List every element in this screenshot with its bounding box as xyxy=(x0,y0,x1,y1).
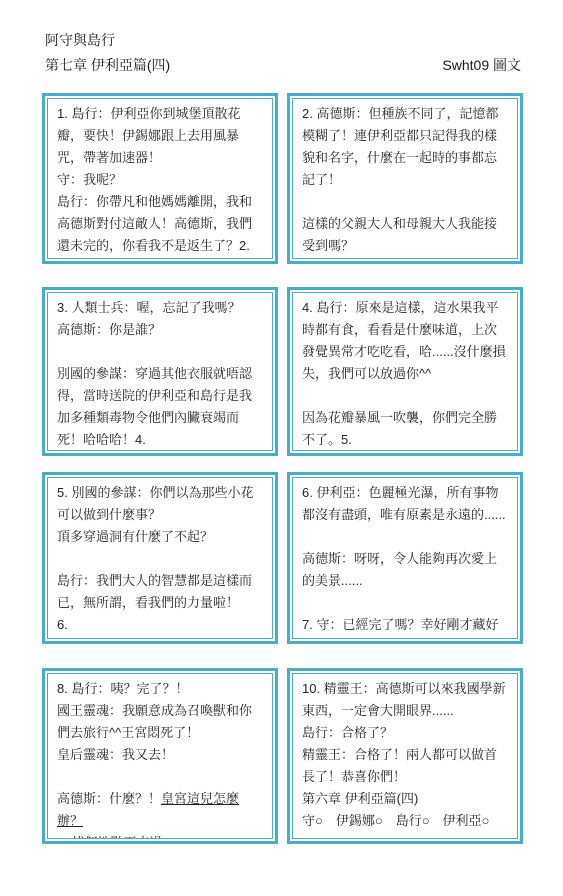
text-box-5: 5. 別國的參謀：你們以為那些小花可以做到什麼事？頂多穿過洞有什麼了不起？島行：… xyxy=(42,472,278,644)
dialogue-line: 3. 其實沒有什麼好煩惱^^ xyxy=(302,257,508,259)
dialogue-line: 10. 精靈王：高德斯可以來我國學新東西，一定會大開眼界...... xyxy=(302,678,508,722)
dialogue-line: 別國的參謀：穿過其他衣服就唔認得，當時送院的伊利亞和島行是我加多種類毒物令他們內… xyxy=(57,363,263,451)
text-box-8: 10. 精靈王：高德斯可以來我國學新東西，一定會大開眼界......島行：合格了… xyxy=(287,668,523,844)
text-box-3: 3. 人類士兵：喔，忘記了我嗎？高德斯：你是誰？別國的參謀：穿過其他衣服就唔認得… xyxy=(42,287,278,456)
dialogue-line: 6. 伊利亞：色麗極光瀑，所有事物都沒有盡頭，唯有原素是永遠的...... xyxy=(302,482,508,526)
dialogue-line xyxy=(57,548,263,570)
dialogue-line: 7. 守：已經完了嗎？幸好剛才藏好 8. xyxy=(302,614,508,639)
text-box-4: 4. 島行：原來是這樣，這水果我平時都有食，看看是什麼味道，上次發覺異常才吃吃看… xyxy=(287,287,523,456)
text-box-1-content: 1. 島行：伊利亞你到城堡頂散花瓣，要快！伊錫娜跟上去用風暴咒，帶著加速器！守：… xyxy=(47,98,273,259)
document-title: 阿守與島行 xyxy=(45,31,115,49)
dialogue-line: 島行：我們大人的智慧都是這樣而已，無所謂，看我們的力量啦！ xyxy=(57,570,263,614)
dialogue-line xyxy=(57,766,263,788)
dialogue-line: 高德斯：呀呀，令人能夠再次愛上的美景...... xyxy=(302,548,508,592)
dialogue-line xyxy=(302,385,508,407)
text-box-8-content: 10. 精靈王：高德斯可以來我國學新東西，一定會大開眼界......島行：合格了… xyxy=(292,673,518,839)
dialogue-line: 2. 高德斯：但種族不同了，記憶都模糊了！連伊利亞都只記得我的樣貌和名字，什麼在… xyxy=(302,103,508,191)
text-box-7-content: 8. 島行：咦？完了？！國王靈魂：我願意成為召喚獸和你們去旅行^^王宮悶死了！皇… xyxy=(47,673,273,839)
dialogue-line: 5. 別國的參謀：你們以為那些小花可以做到什麼事？ xyxy=(57,482,263,526)
text-box-2-content: 2. 高德斯：但種族不同了，記憶都模糊了！連伊利亞都只記得我的樣貌和名字，什麼在… xyxy=(292,98,518,259)
chapter-heading: 第七章 伊利亞篇(四) xyxy=(45,56,170,74)
dialogue-line: 3. 人類士兵：喔，忘記了我嗎？ xyxy=(57,297,263,319)
text-box-4-content: 4. 島行：原來是這樣，這水果我平時都有食，看看是什麼味道，上次發覺異常才吃吃看… xyxy=(292,292,518,451)
text-box-6-content: 6. 伊利亞：色麗極光瀑，所有事物都沒有盡頭，唯有原素是永遠的......高德斯… xyxy=(292,477,518,639)
dialogue-line xyxy=(302,526,508,548)
dialogue-line xyxy=(57,341,263,363)
text-segment: 高德斯：什麼？！ xyxy=(57,791,161,806)
dialogue-line: 9. 找個地點再來過......10. xyxy=(57,832,263,839)
dialogue-line xyxy=(302,191,508,213)
dialogue-line: 因為花瓣暴風一吹襲，你們完全勝不了。5. xyxy=(302,407,508,451)
dialogue-line: 守：我呢？ xyxy=(57,169,263,191)
text-box-2: 2. 高德斯：但種族不同了，記憶都模糊了！連伊利亞都只記得我的樣貌和名字，什麼在… xyxy=(287,93,523,264)
text-box-7: 8. 島行：咦？完了？！國王靈魂：我願意成為召喚獸和你們去旅行^^王宮悶死了！皇… xyxy=(42,668,278,844)
dialogue-line: 精靈王：合格了！兩人都可以做首長了！恭喜你們！ xyxy=(302,744,508,788)
dialogue-line xyxy=(302,592,508,614)
dialogue-line: 皇后靈魂：我又去！ xyxy=(57,744,263,766)
dialogue-line: 島行：你帶凡和他媽媽離開，我和高德斯對付這敵人！高德斯，我們還未完的，你看我不是… xyxy=(57,191,263,257)
text-box-6: 6. 伊利亞：色麗極光瀑，所有事物都沒有盡頭，唯有原素是永遠的......高德斯… xyxy=(287,472,523,644)
dialogue-line: 頂多穿過洞有什麼了不起？ xyxy=(57,526,263,548)
dialogue-line: 第六章 伊利亞篇(四) xyxy=(302,788,508,810)
text-box-3-content: 3. 人類士兵：喔，忘記了我嗎？高德斯：你是誰？別國的參謀：穿過其他衣服就唔認得… xyxy=(47,292,273,451)
dialogue-line: 8. 島行：咦？完了？！ xyxy=(57,678,263,700)
author-credit: Swht09 圖文 xyxy=(442,56,521,74)
dialogue-line: 4. 島行：原來是這樣，這水果我平時都有食，看看是什麼味道，上次發覺異常才吃吃看… xyxy=(302,297,508,385)
dialogue-line: 守○ 伊錫娜○ 島行○ 伊利亞○ xyxy=(302,810,508,832)
dialogue-line: 島行：合格了？ xyxy=(302,722,508,744)
dialogue-line: 這樣的父親大人和母親大人我能接受到嗎？ xyxy=(302,213,508,257)
text-box-1: 1. 島行：伊利亞你到城堡頂散花瓣，要快！伊錫娜跟上去用風暴咒，帶著加速器！守：… xyxy=(42,93,278,264)
text-box-5-content: 5. 別國的參謀：你們以為那些小花可以做到什麼事？頂多穿過洞有什麼了不起？島行：… xyxy=(47,477,273,639)
dialogue-line: 高德斯：什麼？！皇宮這兒怎麼辦？ xyxy=(57,788,263,832)
dialogue-line: 1. 島行：伊利亞你到城堡頂散花瓣，要快！伊錫娜跟上去用風暴咒，帶著加速器！ xyxy=(57,103,263,169)
dialogue-line: 高德斯：你是誰？ xyxy=(57,319,263,341)
dialogue-line: 國王靈魂：我願意成為召喚獸和你們去旅行^^王宮悶死了！ xyxy=(57,700,263,744)
dialogue-line: 6. xyxy=(57,614,263,636)
document-page: 阿守與島行 第七章 伊利亞篇(四) Swht09 圖文 1. 島行：伊利亞你到城… xyxy=(0,0,563,896)
